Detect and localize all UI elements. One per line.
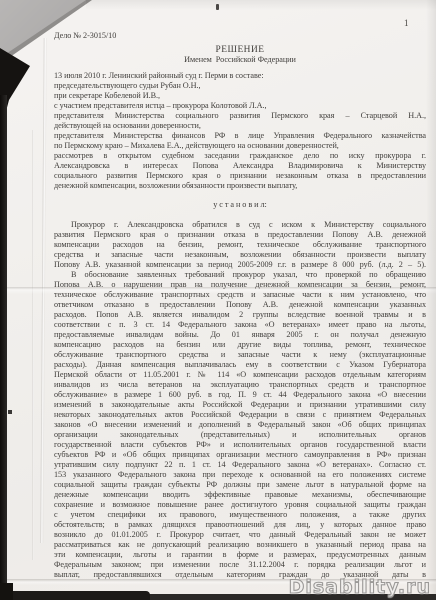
text-line: Александровска в интересах Попова Алекса… bbox=[54, 161, 426, 171]
text-line: государственной власти субъектов РФ» и и… bbox=[54, 440, 426, 450]
text-line: обслуживание» в размере 1 600 руб. в год… bbox=[54, 390, 426, 400]
decision-subtitle: Именем Российской Федерации bbox=[54, 55, 426, 65]
text-line: Федеральным законом; при изменении после… bbox=[54, 560, 426, 570]
text-line: с участием представителя истца – прокуро… bbox=[54, 101, 426, 111]
text-line: обслуживание транспортного средства и за… bbox=[54, 350, 426, 360]
text-line: законов «О внесении изменений и дополнен… bbox=[54, 420, 426, 430]
text-line: Прокурор г. Александровска обратился в с… bbox=[54, 220, 426, 230]
scan-speck bbox=[216, 4, 219, 10]
vertical-fold-crease-2 bbox=[32, 130, 34, 560]
right-edge-shadow bbox=[426, 0, 436, 600]
text-line: при секретаре Кобелевой И.В., bbox=[54, 91, 426, 101]
text-line: возникло до 01.01.2005 г. Прокурор счита… bbox=[54, 530, 426, 540]
text-line: денежные компенсации вводить эффективные… bbox=[54, 490, 426, 500]
text-line: Пермской области от 11.05.2001 г. № 114 … bbox=[54, 370, 426, 380]
text-line: соответствии с п. 3 ст. 14 Федерального … bbox=[54, 320, 426, 330]
case-number: Дело № 2-3015/10 bbox=[54, 31, 426, 41]
top-edge-shadow bbox=[86, 0, 436, 10]
scan-speck bbox=[8, 410, 12, 414]
text-line: рассмотрев в открытом судебном заседании… bbox=[54, 151, 426, 161]
decision-title: РЕШЕНИЕ bbox=[54, 45, 426, 55]
text-line: развития Пермского края о признании отка… bbox=[54, 230, 426, 240]
text-line: техническое обслуживание транспортных ср… bbox=[54, 290, 426, 300]
text-line: некоторых законодательных актов Российск… bbox=[54, 410, 426, 420]
watermark-logo: Disability.ru bbox=[289, 576, 431, 598]
text-line: сохранение и возможное повышение ранее д… bbox=[54, 500, 426, 510]
text-line: рассматриваться как не допускающий реали… bbox=[54, 540, 426, 550]
text-line: действующей на основании доверенности, bbox=[54, 121, 426, 131]
scanned-document-page: 1 Дело № 2-3015/10РЕШЕНИЕИменем Российск… bbox=[0, 0, 436, 600]
text-line: социального развития Пермского края о пр… bbox=[54, 171, 426, 181]
text-line: В обоснование заявленных требований прок… bbox=[54, 270, 426, 280]
text-line: эти компенсации, льготы и гарантии в фор… bbox=[54, 550, 426, 560]
text-line: компенсации расходов на бензин, ремонт, … bbox=[54, 240, 426, 250]
text-line: компенсацию расходов на бензин или други… bbox=[54, 340, 426, 350]
text-line: с учетом специфики их правового, имущест… bbox=[54, 510, 426, 520]
ustanovil-heading: у с т а н о в и л: bbox=[54, 200, 426, 210]
text-line: инвалидов из числа ветеранов на эксплуат… bbox=[54, 380, 426, 390]
text-line: социальной защиты граждан субъекты РФ до… bbox=[54, 480, 426, 490]
text-line: расходов. Попов А.В. является инвалидом … bbox=[54, 310, 426, 320]
text-line: по Пермскому краю – Михалева Е.А., дейст… bbox=[54, 141, 426, 151]
text-line: обстоятельств; в рамках длящихся правоот… bbox=[54, 520, 426, 530]
scan-edge-left-strip bbox=[0, 95, 7, 600]
text-line: средства и запасные части незаконным, во… bbox=[54, 250, 426, 260]
text-line: 13 июля 2010 г. Ленинский районный суд г… bbox=[54, 71, 426, 81]
text-line: предоставляемые инвалидам войны. До 01 я… bbox=[54, 330, 426, 340]
document-lines: Дело № 2-3015/10РЕШЕНИЕИменем Российской… bbox=[54, 31, 426, 580]
text-line: денежной компенсации, возложении обязанн… bbox=[54, 181, 426, 191]
text-line: организации законодательных (представите… bbox=[54, 430, 426, 440]
text-line: ответчиком отказано в предоставлении Поп… bbox=[54, 300, 426, 310]
scan-edge-bottom-band-left bbox=[0, 591, 150, 600]
text-line: 153 указанного Федерального закона при п… bbox=[54, 470, 426, 480]
text-line: утратившим силу подпункт 22 п. 1 ст. 14 … bbox=[54, 460, 426, 470]
vertical-fold-crease bbox=[40, 38, 47, 543]
text-line: Попова А.В. о нарушении прав на получени… bbox=[54, 280, 426, 290]
text-line: Попову А.В. указанной компенсации за пер… bbox=[54, 260, 426, 270]
text-line: расходы). Данная компенсация выплачивала… bbox=[54, 360, 426, 370]
text-line: изменений в законодательные акты Российс… bbox=[54, 400, 426, 410]
text-line: председательствующего судьи Рубан О.Н., bbox=[54, 81, 426, 91]
text-line: представителя Министерства финансов РФ в… bbox=[54, 131, 426, 141]
scan-edge-bottom-corner bbox=[0, 583, 13, 600]
text-line: представителя Министерства социального р… bbox=[54, 111, 426, 121]
page-number: 1 bbox=[404, 18, 409, 28]
text-line: субъектов РФ и «Об общих принципах орган… bbox=[54, 450, 426, 460]
